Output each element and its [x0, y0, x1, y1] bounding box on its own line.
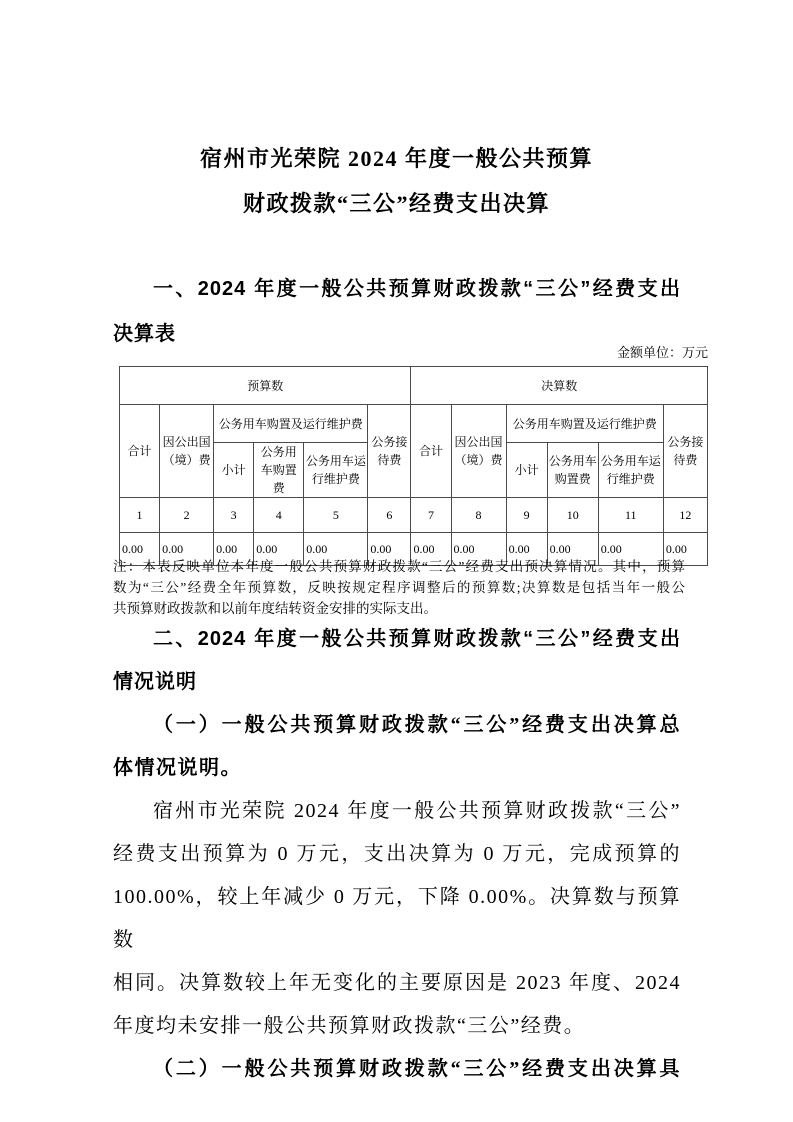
table-note-line-3: 共预算财政拨款和以前年度结转资金安排的实际支出。 [113, 598, 685, 619]
final-group-header-cell: 决算数 [411, 367, 708, 405]
column-index-cell: 5 [304, 498, 368, 533]
column-index-cell: 8 [451, 498, 506, 533]
column-index-cell: 12 [663, 498, 707, 533]
body-paragraph-line-2: 经费支出预算为 0 万元，支出决算为 0 万元，完成预算的 [113, 833, 681, 876]
subsection-one-heading-line-1: （一）一般公共预算财政拨款“三公”经费支出决算总 [113, 704, 681, 747]
body-paragraph-line-1: 宿州市光荣院 2024 年度一般公共预算财政拨款“三公” [113, 790, 681, 833]
document-title-line-1: 宿州市光荣院 2024 年度一般公共预算 [0, 136, 793, 181]
final-subtotal-header-cell: 小计 [506, 443, 547, 498]
column-index-cell: 1 [120, 498, 160, 533]
section-one-heading-line-1: 一、2024 年度一般公共预算财政拨款“三公”经费支出 [113, 267, 681, 312]
body-paragraph-line-4: 相同。决算数较上年无变化的主要原因是 2023 年度、2024 [113, 962, 681, 1005]
table-note-line-2: 数为“三公”经费全年预算数，反映按规定程序调整后的预算数;决算数是包括当年一般公 [113, 577, 685, 598]
final-purchase-header-cell: 公务用车购置费 [547, 443, 598, 498]
budget-subtotal-header-cell: 小计 [214, 443, 254, 498]
section-two-heading-line-1: 二、2024 年度一般公共预算财政拨款“三公”经费支出 [113, 618, 681, 661]
column-index-cell: 4 [254, 498, 304, 533]
budget-abroad-header-cell: 因公出国（境）费 [160, 405, 214, 498]
budget-total-header-cell: 合计 [120, 405, 160, 498]
subsection-one-heading-line-2: 体情况说明。 [113, 747, 681, 790]
budget-maintenance-header-cell: 公务用车运行维护费 [304, 443, 368, 498]
budget-purchase-header-cell: 公务用车购置费 [254, 443, 304, 498]
section-two-heading-line-2: 情况说明 [113, 661, 681, 704]
final-total-header-cell: 合计 [411, 405, 451, 498]
document-page: 宿州市光荣院 2024 年度一般公共预算 财政拨款“三公”经费支出决算 一、20… [0, 0, 793, 1122]
table-header-row: 合计 因公出国（境）费 公务用车购置及运行维护费 公务接待费 合计 因公出国（境… [120, 405, 708, 443]
column-index-cell: 6 [368, 498, 411, 533]
budget-group-header-cell: 预算数 [120, 367, 411, 405]
budget-reception-header-cell: 公务接待费 [368, 405, 411, 498]
final-vehicle-group-header-cell: 公务用车购置及运行维护费 [506, 405, 663, 443]
column-index-cell: 10 [547, 498, 598, 533]
document-title-line-2: 财政拨款“三公”经费支出决算 [0, 181, 793, 226]
subsection-two-heading-line-1: （二）一般公共预算财政拨款“三公”经费支出决算具 [113, 1048, 681, 1091]
table-group-header-row: 预算数 决算数 [120, 367, 708, 405]
document-body: 二、2024 年度一般公共预算财政拨款“三公”经费支出 情况说明 （一）一般公共… [113, 618, 681, 1091]
budget-vehicle-group-header-cell: 公务用车购置及运行维护费 [214, 405, 368, 443]
final-maintenance-header-cell: 公务用车运行维护费 [598, 443, 663, 498]
final-reception-header-cell: 公务接待费 [663, 405, 707, 498]
body-paragraph-line-3: 100.00%，较上年减少 0 万元，下降 0.00%。决算数与预算数 [113, 876, 681, 962]
table-note-line-1: 注：本表反映单位本年度一般公共预算财政拨款“三公”经费支出预决算情况。其中，预算 [113, 556, 685, 577]
column-index-cell: 2 [160, 498, 214, 533]
column-index-cell: 11 [598, 498, 663, 533]
table-note: 注：本表反映单位本年度一般公共预算财政拨款“三公”经费支出预决算情况。其中，预算… [113, 556, 685, 619]
amount-unit-label: 金额单位：万元 [113, 344, 708, 362]
body-paragraph-line-5: 年度均未安排一般公共预算财政拨款“三公”经费。 [113, 1005, 681, 1048]
column-index-cell: 9 [506, 498, 547, 533]
column-index-cell: 7 [411, 498, 451, 533]
final-abroad-header-cell: 因公出国（境）费 [451, 405, 506, 498]
sangong-expense-table: 预算数 决算数 合计 因公出国（境）费 公务用车购置及运行维护费 公务接待费 合… [119, 366, 708, 566]
column-index-cell: 3 [214, 498, 254, 533]
document-title: 宿州市光荣院 2024 年度一般公共预算 财政拨款“三公”经费支出决算 [0, 136, 793, 226]
column-index-row: 1 2 3 4 5 6 7 8 9 10 11 12 [120, 498, 708, 533]
